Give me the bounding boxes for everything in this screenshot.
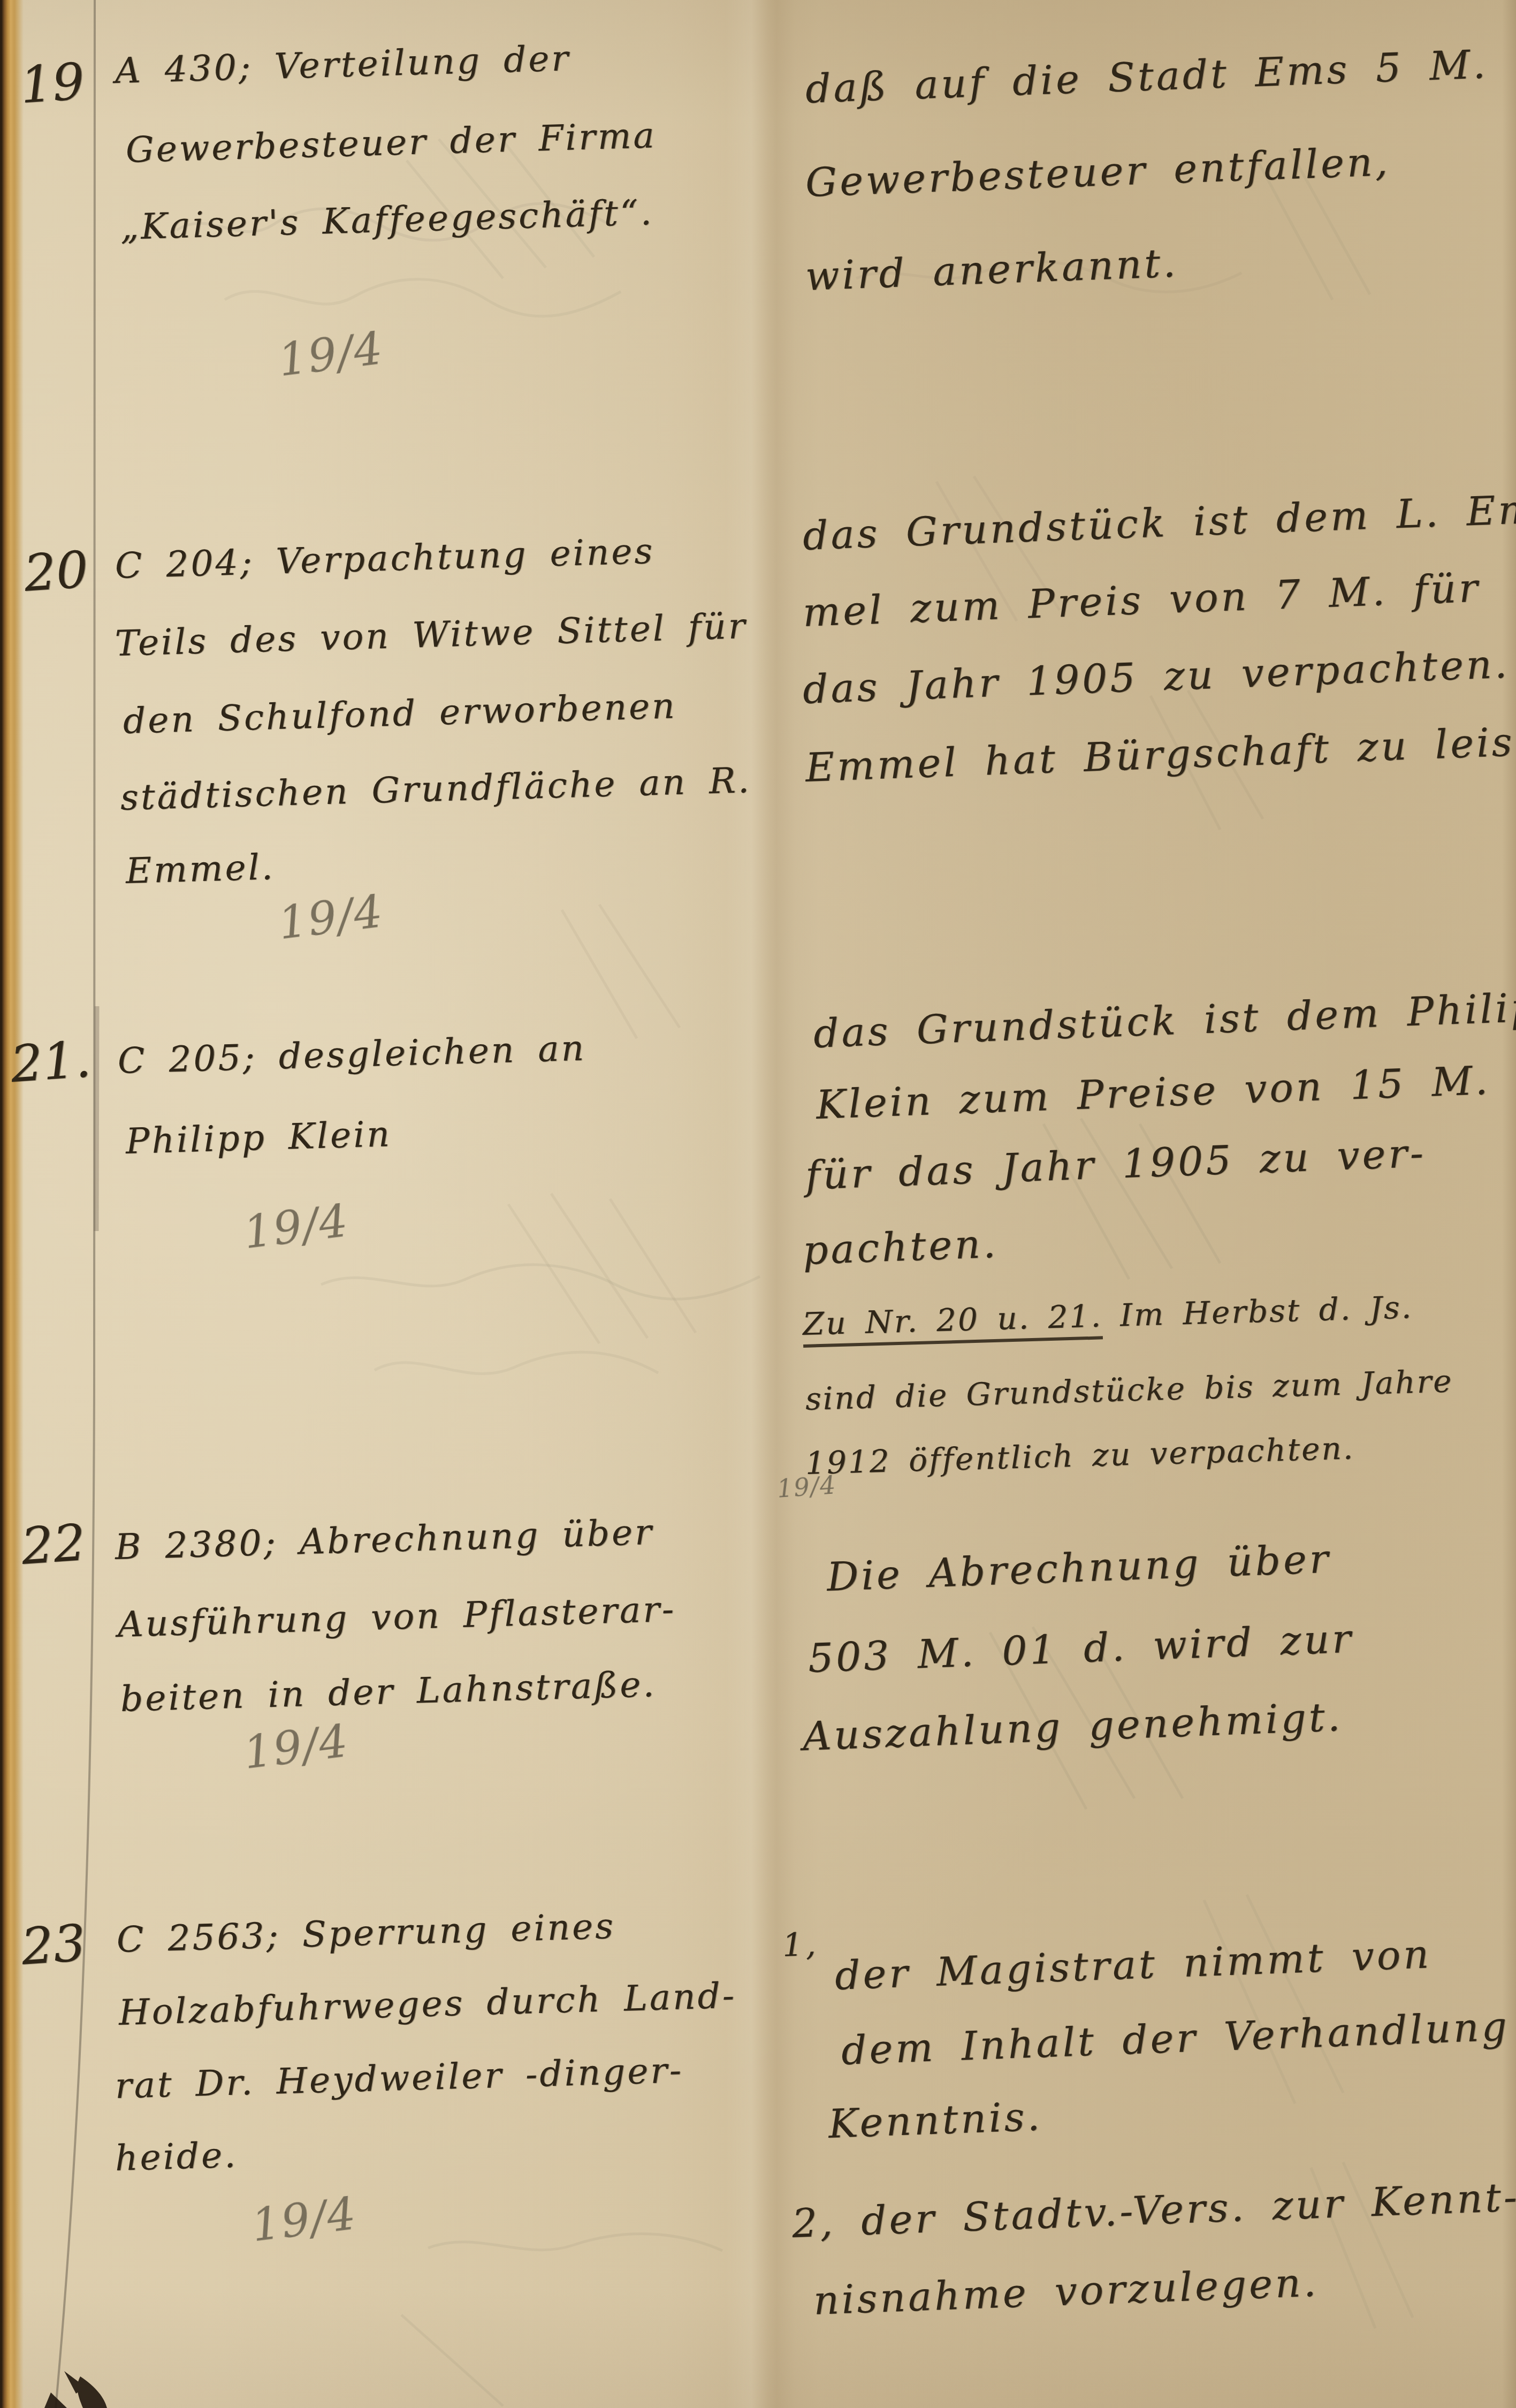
entry-21-number: 21. (9, 1035, 93, 1090)
entry-21-resolution-line: pachten. (802, 1224, 999, 1271)
entry-21-subject-line: Philipp Klein (125, 1116, 392, 1159)
entry-22-date-pencil: 19/4 (241, 1718, 351, 1775)
entry-23-subject-line: heide. (115, 2138, 238, 2176)
entry-20-date-pencil: 19/4 (276, 888, 386, 946)
entry-22-number: 22 (20, 1518, 87, 1573)
entry-20-subject-line: Emmel. (125, 849, 275, 889)
entry-23-resolution-marker: 1, (782, 1928, 819, 1962)
entry-21-date-pencil: 19/4 (241, 1198, 351, 1255)
note-reference-underlined: Zu Nr. 20 u. 21. (802, 1297, 1103, 1348)
entry-23-number: 23 (20, 1918, 87, 1973)
entry-19-number: 19 (19, 57, 86, 111)
entry-23-date-pencil: 19/4 (249, 2191, 359, 2248)
entry-23-resolution-line: Kenntnis. (828, 2096, 1043, 2144)
entry-20-number: 20 (22, 545, 90, 599)
ledger-page: 19 A 430; Verteilung der Gewerbesteuer d… (0, 0, 1516, 2408)
entry-21-note-date-pencil: 19/4 (776, 1472, 837, 1501)
entry-19-date-pencil: 19/4 (276, 325, 386, 383)
